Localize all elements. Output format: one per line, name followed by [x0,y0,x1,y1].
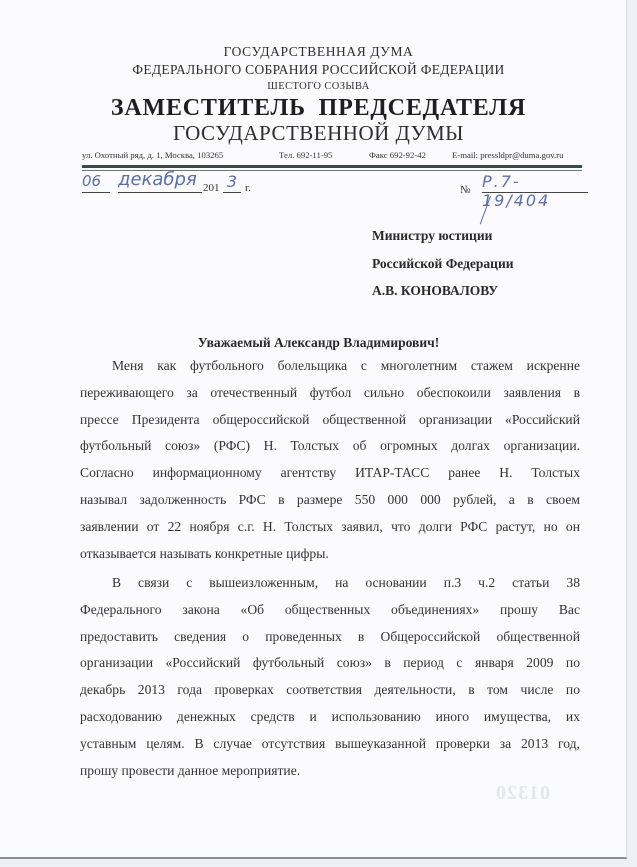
paragraph-line: декабрь 2013 года проверках соответствия… [80,677,580,704]
paragraph-line: прессе Президента общероссийской обществ… [80,407,580,434]
paragraph-line: предоставить сведения о проведенных в Об… [80,624,580,651]
letterhead-subtitle: ГОСУДАРСТВЕННОЙ ДУМЫ [0,121,637,146]
contact-address: ул. Охотный ряд, д. 1, Москва, 103265 [82,150,223,160]
letter-page: ГОСУДАРСТВЕННАЯ ДУМА ФЕДЕРАЛЬНОГО СОБРАН… [0,0,627,859]
letterhead-line-1: ГОСУДАРСТВЕННАЯ ДУМА [0,44,637,60]
paragraph-line: организации «Российский футбольный союз»… [80,650,580,677]
addressee-line-1: Министру юстиции [372,228,492,244]
date-year-prefix: 201 [203,182,220,194]
date-year-unit: г. [245,182,251,194]
contact-phone: Тел. 692-11-95 [279,150,332,160]
paragraph-line: заявлении от 22 ноября с.г. Н. Толстых з… [80,514,580,541]
paragraph-line: называл задолженность РФС в размере 550 … [80,487,580,514]
paragraph-1: Меня как футбольного болельщика с многол… [80,353,580,567]
greeting: Уважаемый Александр Владимирович! [0,335,637,351]
paragraph-line: прошу провести данное мероприятие. [80,758,580,785]
letterhead-line-3: ШЕСТОГО СОЗЫВА [0,81,637,92]
paragraph-line: уставным целям. В случае отсутствия выше… [80,731,580,758]
date-day: 06 [82,172,110,193]
letterhead-line-2: ФЕДЕРАЛЬНОГО СОБРАНИЯ РОССИЙСКОЙ ФЕДЕРАЦ… [0,62,637,78]
paragraph-line: переживающего за отечественный футбол си… [80,380,580,407]
contact-fax: Факс 692-92-42 [369,150,426,160]
paragraph-line: В связи с вышеизложенным, на основании п… [80,570,580,597]
addressee-line-2: Российской Федерации [372,256,514,272]
paragraph-line: Федерального закона «Об общественных объ… [80,597,580,624]
letterhead-title: ЗАМЕСТИТЕЛЬ ПРЕДСЕДАТЕЛЯ [0,95,637,122]
date-year-suffix: 3 [223,172,241,193]
paragraph-line: Меня как футбольного болельщика с многол… [80,353,580,380]
paragraph-line: футбольный союз» (РФС) Н. Толстых об огр… [80,433,580,460]
bleed-through-stamp: 01320 [495,782,550,805]
paragraph-2: В связи с вышеизложенным, на основании п… [80,570,580,784]
number-value: Р.7-19/404 [482,172,588,193]
registration-date: 06 декабря 201 3 г. [82,172,282,202]
contact-email: E-mail: pressldpr@duma.gov.ru [452,150,563,160]
date-month: декабря [118,169,202,193]
letterhead-rule [82,165,582,168]
registration-number: № Р.7-19/404 [460,172,590,212]
addressee-name: А.В. КОНОВАЛОВУ [372,283,498,299]
paragraph-line: расходованию денежных средств и использо… [80,704,580,731]
paragraph-line: Согласно информационному агентству ИТАР-… [80,460,580,487]
paragraph-line: отказывается называть конкретные цифры. [80,541,580,568]
number-label: № [460,184,471,196]
